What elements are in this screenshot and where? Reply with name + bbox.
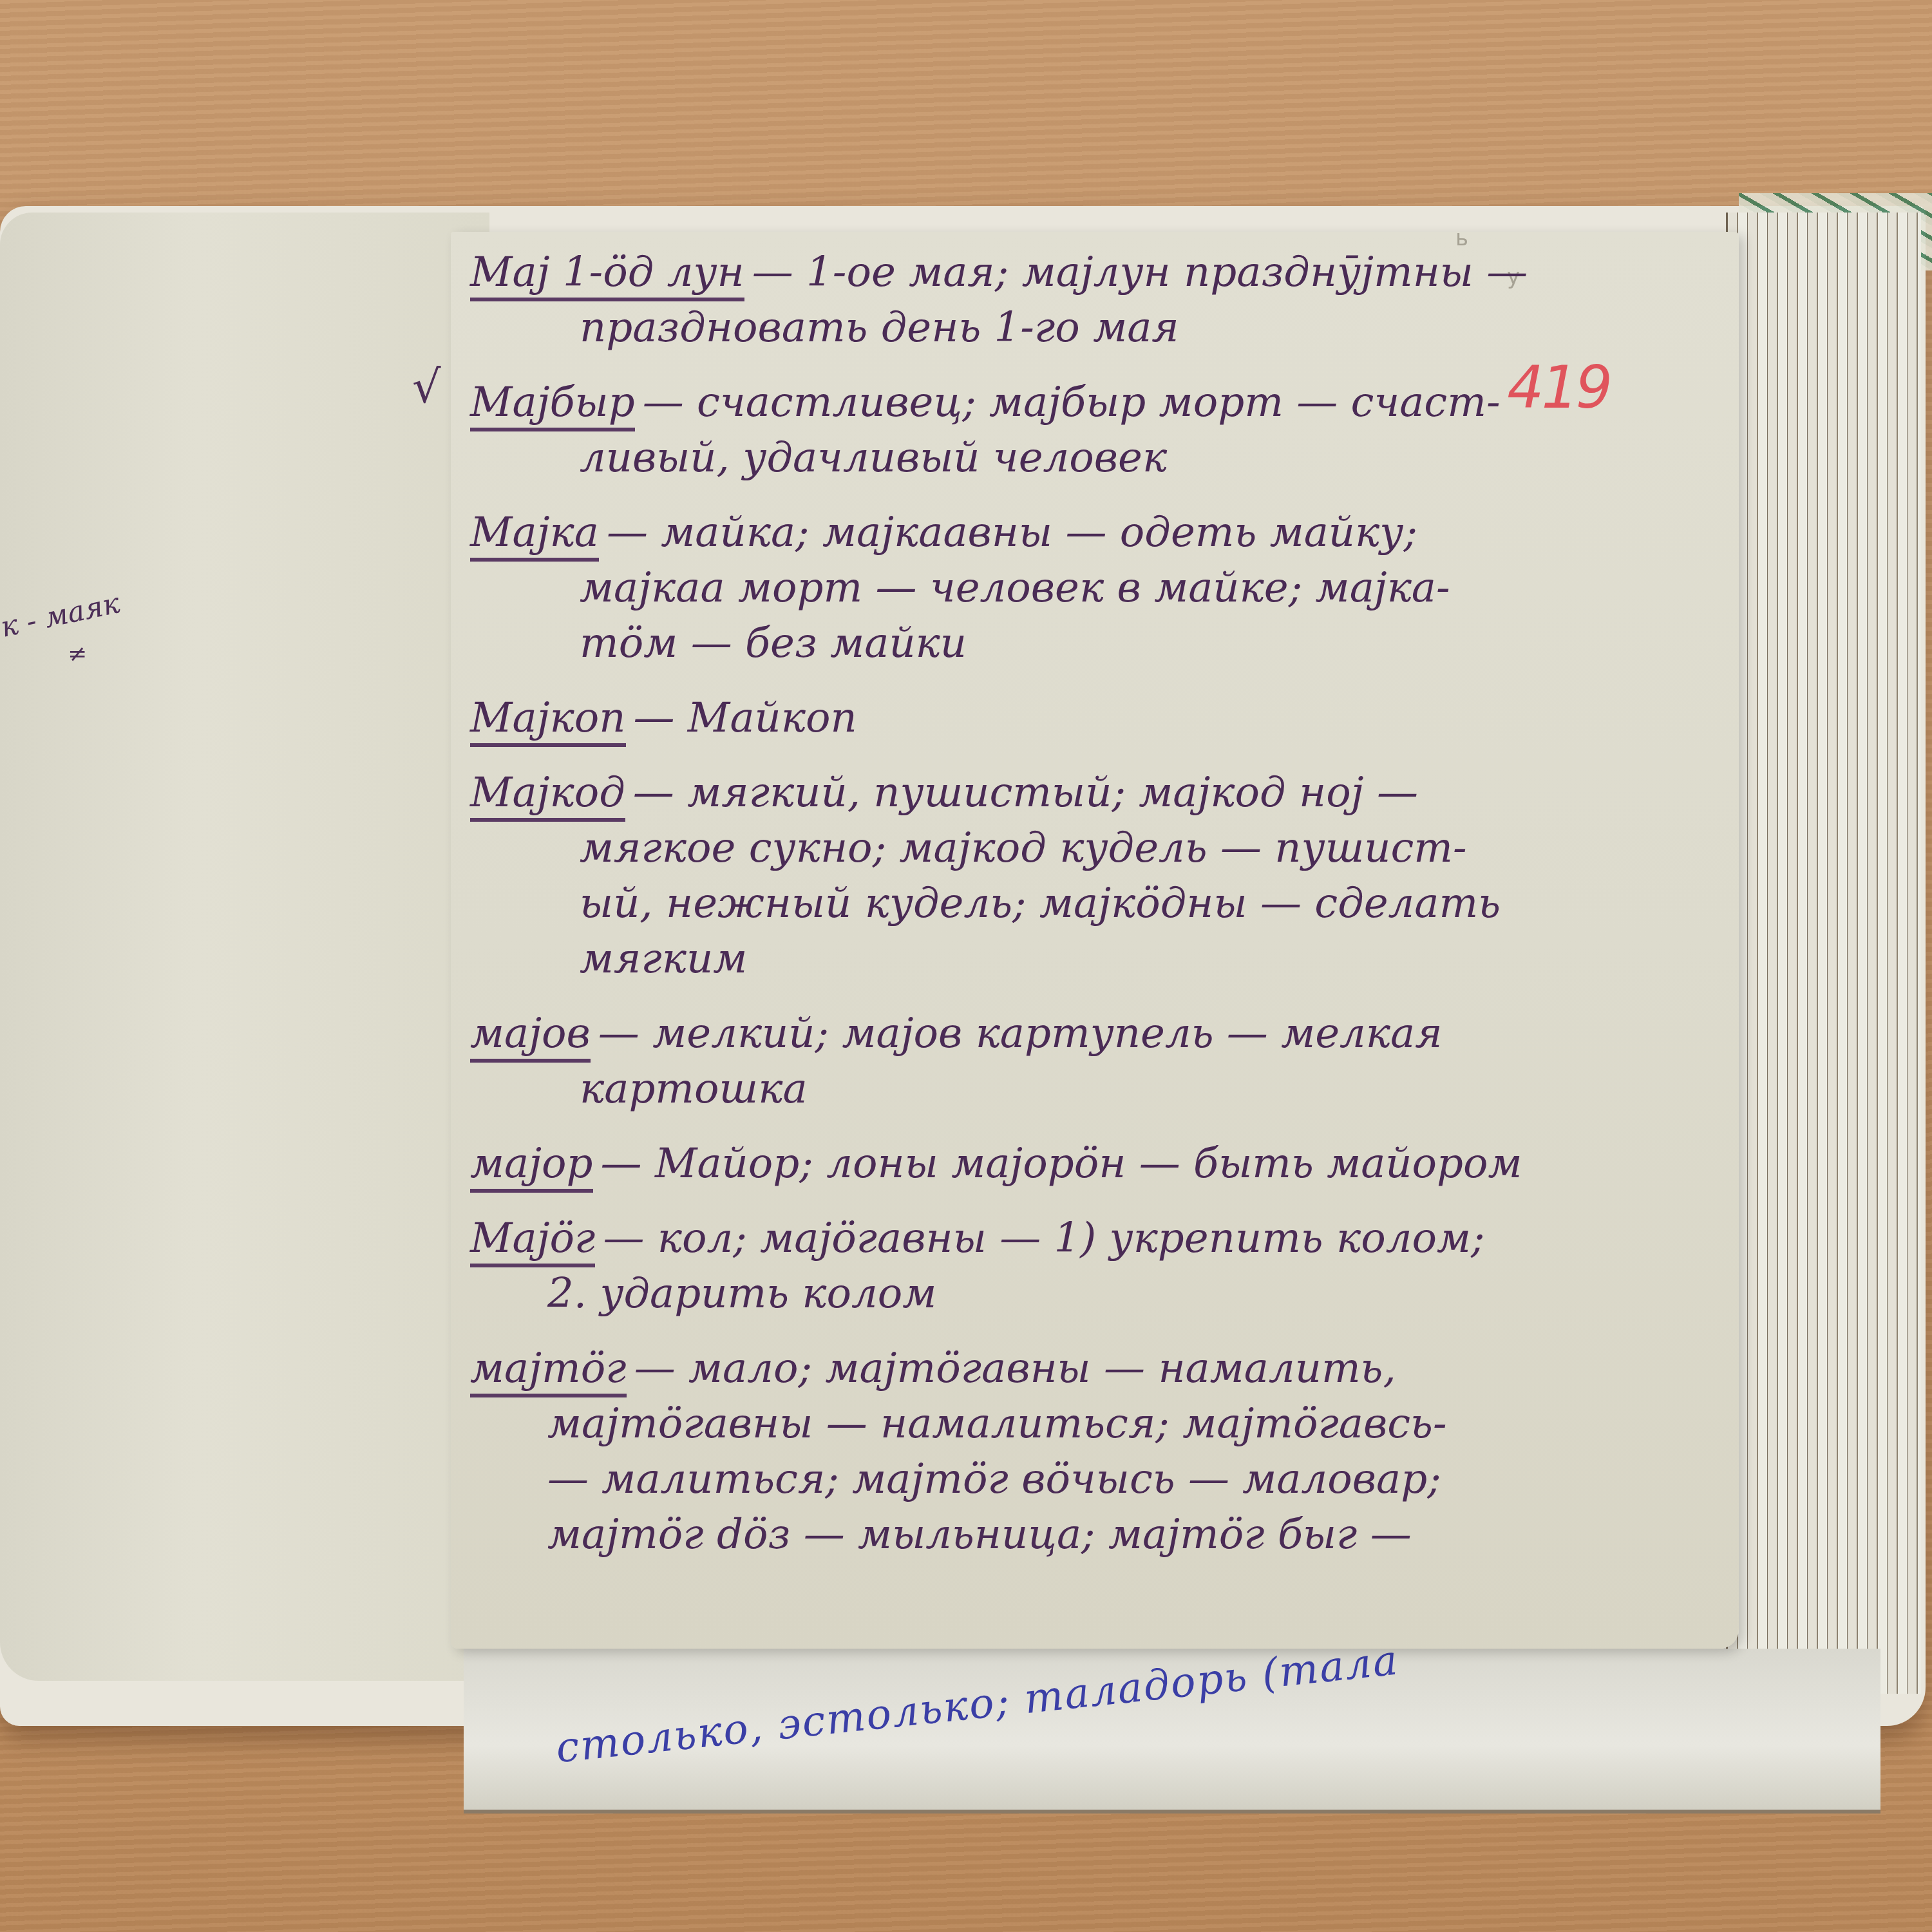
definition-line: — майка; мајкаавны — одеть майку; xyxy=(607,509,1417,556)
definition-line: — кол; мајӧгавны — 1) укрепить колом; xyxy=(603,1215,1484,1262)
definition-line: — мягкий, пушистый; мајкод ној — xyxy=(633,769,1418,817)
headword: Мајкод xyxy=(470,769,625,822)
check-mark: √ xyxy=(412,361,441,413)
dictionary-entries: Мај 1-ӧд лун— 1-ое мая; мајлун празднӯјт… xyxy=(470,245,1713,1582)
definition-line: мягким xyxy=(470,931,1713,987)
headword: Мајкоп xyxy=(470,694,626,747)
definition-line: — счастливец; мајбыр морт — счаст- xyxy=(643,379,1501,426)
margin-mark: ≠ xyxy=(68,641,87,667)
definition-line: мајкаа морт — человек в майке; мајка- xyxy=(470,560,1713,616)
dictionary-entry: мајов— мелкий; мајов картупель — мелкая … xyxy=(470,1006,1713,1117)
definition-line: — мало; мајтӧгавны — намалить, xyxy=(634,1345,1396,1392)
definition-line: картошка xyxy=(470,1061,1713,1117)
definition-line: ый, нежный кудель; мајкӧдны — сделать xyxy=(470,876,1713,931)
headword: Мајбыр xyxy=(470,379,635,431)
definition-line: — Майор; лоны мајорӧн — быть майором xyxy=(601,1140,1522,1188)
headword: мајтӧг xyxy=(470,1345,627,1397)
dictionary-entry: Мај 1-ӧд лун— 1-ое мая; мајлун празднӯјт… xyxy=(470,245,1713,355)
definition-line: тӧм — без майки xyxy=(470,616,1713,671)
definition-line: — мелкий; мајов картупель — мелкая xyxy=(598,1010,1443,1057)
margin-note: к - маяк xyxy=(0,587,123,644)
definition-line: 2. ударить колом xyxy=(470,1266,1713,1321)
definition-line: ливый, удачливый человек xyxy=(470,430,1713,486)
headword: Мај 1-ӧд лун xyxy=(470,249,744,301)
headword: мајор xyxy=(470,1140,593,1193)
page-stack-edge xyxy=(1726,213,1921,1694)
dictionary-entry: мајор— Майор; лоны мајорӧн — быть майоро… xyxy=(470,1136,1713,1191)
dictionary-entry: мајтӧг— мало; мајтӧгавны — намалить, мај… xyxy=(470,1341,1713,1562)
headword: Мајӧг xyxy=(470,1215,595,1267)
dictionary-entry: Мајӧг— кол; мајӧгавны — 1) укрепить коло… xyxy=(470,1211,1713,1321)
definition-line: — малиться; мајтӧг вӧчысь — маловар; xyxy=(470,1452,1713,1507)
dictionary-entry: Мајбыр— счастливец; мајбыр морт — счаст-… xyxy=(470,375,1713,486)
dictionary-entry: Мајкоп— Майкоп xyxy=(470,690,1713,746)
definition-line: праздновать день 1-го мая xyxy=(470,300,1713,355)
definition-line: мягкое сукно; мајкод кудель — пушист- xyxy=(470,820,1713,876)
underlying-page-text: столько, эстолько; таладорь (тала xyxy=(554,1636,1401,1772)
definition-line: мајтӧгавны — намалиться; мајтӧгавсь- xyxy=(470,1396,1713,1452)
dictionary-entry: Мајка— майка; мајкаавны — одеть майку; м… xyxy=(470,505,1713,671)
underlying-page: столько, эстолько; таладорь (тала xyxy=(464,1649,1880,1814)
definition-line: — 1-ое мая; мајлун празднӯјтны — xyxy=(752,249,1528,296)
definition-line: — Майкоп xyxy=(634,694,857,742)
dictionary-entry: Мајкод— мягкий, пушистый; мајкод ној — м… xyxy=(470,765,1713,987)
definition-line: мајтӧг döз — мыльница; мајтӧг быг — xyxy=(470,1507,1713,1562)
headword: мајов xyxy=(470,1010,591,1063)
headword: Мајка xyxy=(470,509,599,562)
left-page: к - маяк ≠ xyxy=(0,213,489,1681)
dictionary-page: ь у 419 √ Мај 1-ӧд лун— 1-ое мая; мајлун… xyxy=(451,232,1739,1649)
